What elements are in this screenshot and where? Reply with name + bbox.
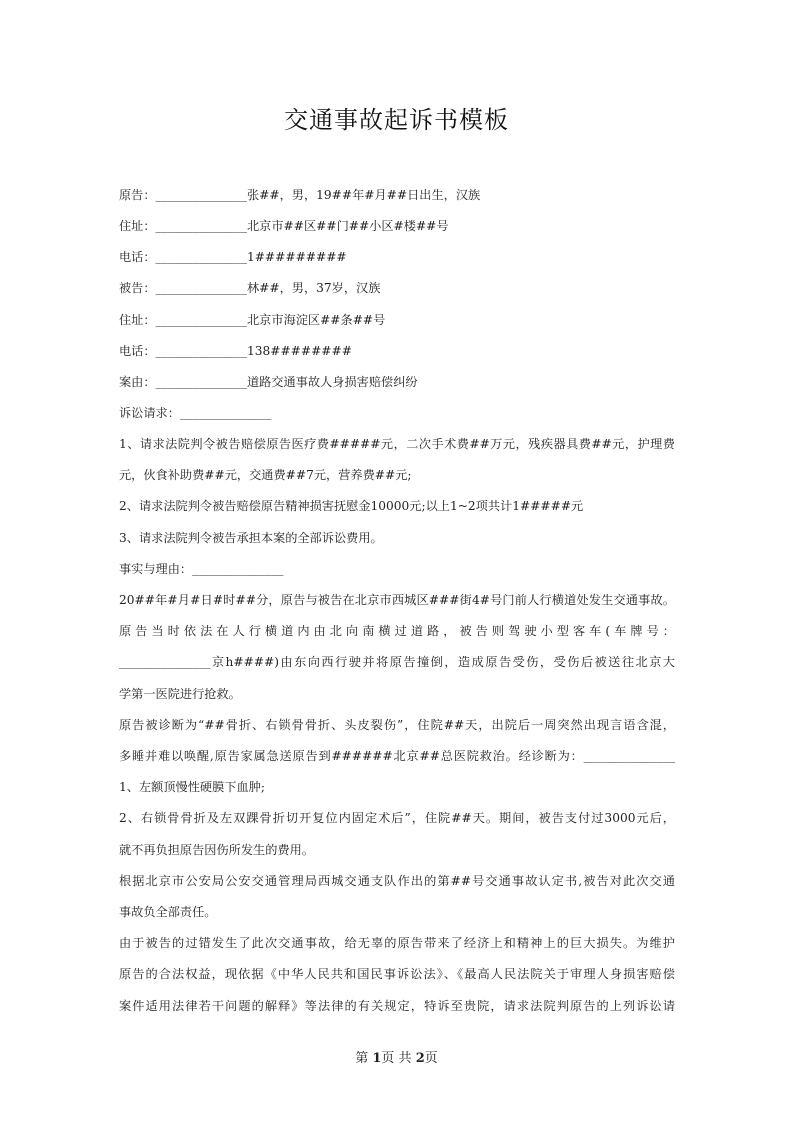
document-title: 交通事故起诉书模板 xyxy=(0,100,793,135)
footer-suffix: 页 xyxy=(425,1051,438,1066)
conclusion-line-2: 原告的合法权益，现依据《中华人民共和国民事诉讼法》、《最高人民法院关于审理人身损… xyxy=(119,966,675,982)
diagnosis-1: 1、左额顶慢性硬膜下血肿; xyxy=(119,779,675,795)
plaintiff-phone-line: 电话：_______________1######### xyxy=(119,249,675,265)
total-pages-number: 2 xyxy=(416,1051,425,1066)
plaintiff-address-line: 住址：_______________北京市##区##门##小区#楼##号 xyxy=(119,218,675,234)
liability-line-2: 事故负全部责任。 xyxy=(119,904,675,920)
plaintiff-name-line: 原告：_______________张##，男，19##年#月##日出生，汉族 xyxy=(119,187,675,203)
facts-para-2-line-2: 多睡并难以唤醒,原告家属急送原告到######北京##总医院救治。经诊断为：__… xyxy=(119,748,675,764)
case-cause-line: 案由：_______________道路交通事故人身损害赔偿纠纷 xyxy=(119,374,675,390)
liability-line-1: 根据北京市公安局公安交通管理局西城交通支队作出的第##号交通事故认定书,被告对此… xyxy=(119,873,675,889)
facts-para-1-line-4: 学第一医院进行抢救。 xyxy=(119,686,675,702)
defendant-address-line: 住址：_______________北京市海淀区##条##号 xyxy=(119,312,675,328)
defendant-name-line: 被告：_______________林##，男，37岁，汉族 xyxy=(119,280,675,296)
footer-prefix: 第 xyxy=(355,1051,368,1066)
facts-heading: 事实与理由：_______________ xyxy=(119,561,675,577)
defendant-phone-line: 电话：_______________138######## xyxy=(119,343,675,359)
claim-2: 2、请求法院判令被告赔偿原告精神损害抚慰金10000元;以上1~2项共计1###… xyxy=(119,498,675,514)
facts-para-2-line-1: 原告被诊断为“##骨折、右锁骨骨折、头皮裂伤”，住院##天，出院后一周突然出现言… xyxy=(119,717,675,733)
claim-3: 3、请求法院判令被告承担本案的全部诉讼费用。 xyxy=(119,530,675,546)
diagnosis-2-line-1: 2、右锁骨骨折及左双踝骨折切开复位内固定术后”，住院##天。期间，被告支付过30… xyxy=(119,810,675,826)
document-page: 交通事故起诉书模板 原告：_______________张##，男，19##年#… xyxy=(0,0,793,1122)
claims-heading: 诉讼请求：_______________ xyxy=(119,405,675,421)
claim-1-line-1: 1、请求法院判令被告赔偿原告医疗费#####元，二次手术费##万元，残疾器具费#… xyxy=(119,436,675,452)
facts-para-1-line-2: 原告当时依法在人行横道内由北向南横过道路，被告则驾驶小型客车(车牌号： xyxy=(119,623,675,639)
footer-mid: 页 共 xyxy=(381,1051,411,1066)
facts-para-1-line-3: _______________京h####)由东向西行驶并将原告撞倒，造成原告受… xyxy=(119,654,675,670)
page-footer: 第 1页 共 2页 xyxy=(0,1047,793,1066)
facts-para-1-line-1: 20##年#月#日#时##分，原告与被告在北京市西城区###街4#号门前人行横道… xyxy=(119,592,675,608)
conclusion-line-3: 案件适用法律若干问题的解释》等法律的有关规定，特诉至贵院，请求法院判原告的上列诉… xyxy=(119,998,675,1014)
diagnosis-2-line-2: 就不再负担原告因伤所发生的费用。 xyxy=(119,842,675,858)
conclusion-line-1: 由于被告的过错发生了此次交通事故，给无辜的原告带来了经济上和精神上的巨大损失。为… xyxy=(119,935,675,951)
claim-1-line-2: 元，伙食补助费##元，交通费##7元，营养费##元; xyxy=(119,467,675,483)
